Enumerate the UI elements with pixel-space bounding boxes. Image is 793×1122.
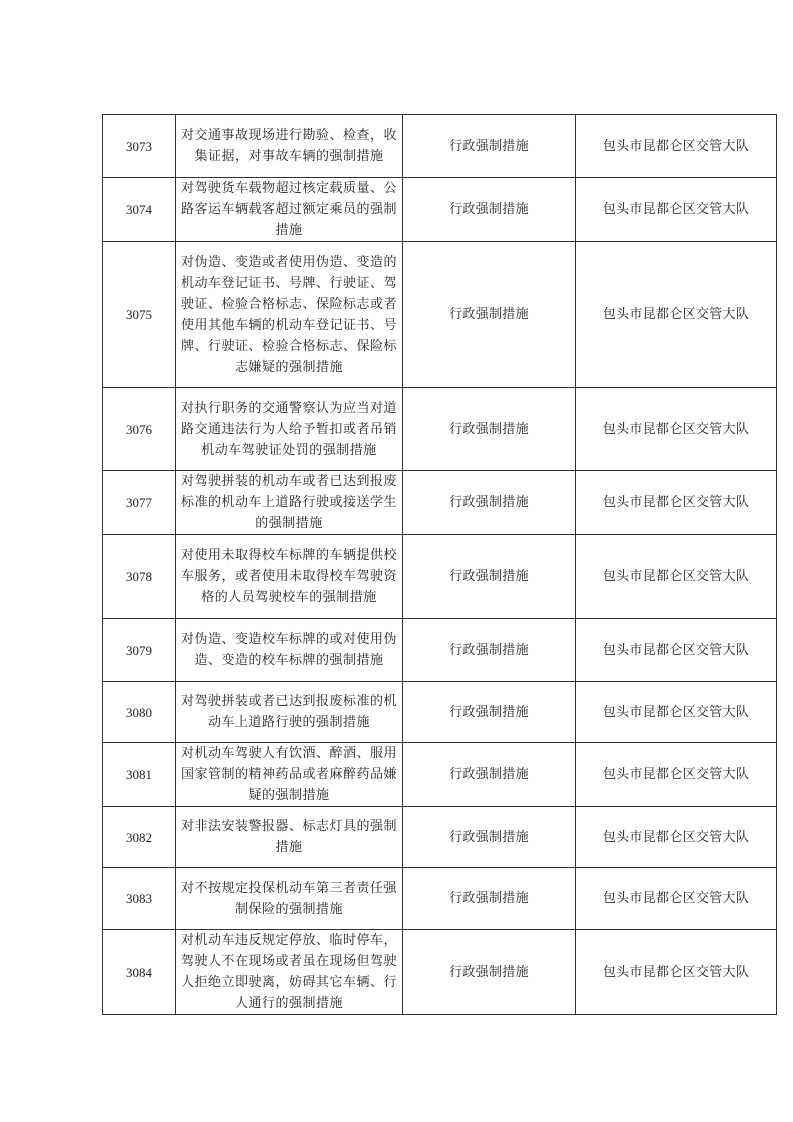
item-description: 对驾驶拼装或者已达到报废标准的机动车上道路行驶的强制措施	[176, 682, 403, 743]
responsible-department: 包头市昆都仑区交管大队	[576, 619, 777, 682]
responsible-department: 包头市昆都仑区交管大队	[576, 743, 777, 807]
item-description: 对伪造、变造或者使用伪造、变造的机动车登记证书、号牌、行驶证、驾驶证、检验合格标…	[176, 242, 403, 388]
document-page: 3073 对交通事故现场进行勘验、检查，收集证据，对事故车辆的强制措施 行政强制…	[0, 0, 793, 1122]
item-number: 3081	[103, 743, 176, 807]
item-description: 对不按规定投保机动车第三者责任强制保险的强制措施	[176, 868, 403, 930]
table-row: 3078 对使用未取得校车标牌的车辆提供校车服务，或者使用未取得校车驾驶资格的人…	[103, 535, 777, 619]
table-row: 3084 对机动车违反规定停放、临时停车，驾驶人不在现场或者虽在现场但驾驶人拒绝…	[103, 930, 777, 1015]
measure-type: 行政强制措施	[403, 535, 576, 619]
responsible-department: 包头市昆都仑区交管大队	[576, 682, 777, 743]
measure-type: 行政强制措施	[403, 178, 576, 242]
table-row: 3073 对交通事故现场进行勘验、检查，收集证据，对事故车辆的强制措施 行政强制…	[103, 115, 777, 178]
measure-type: 行政强制措施	[403, 930, 576, 1015]
item-description: 对使用未取得校车标牌的车辆提供校车服务，或者使用未取得校车驾驶资格的人员驾驶校车…	[176, 535, 403, 619]
table-row: 3074 对驾驶货车载物超过核定载质量、公路客运车辆载客超过额定乘员的强制措施 …	[103, 178, 777, 242]
item-number: 3074	[103, 178, 176, 242]
responsible-department: 包头市昆都仑区交管大队	[576, 178, 777, 242]
table-row: 3083 对不按规定投保机动车第三者责任强制保险的强制措施 行政强制措施 包头市…	[103, 868, 777, 930]
measure-type: 行政强制措施	[403, 868, 576, 930]
item-number: 3080	[103, 682, 176, 743]
item-number: 3078	[103, 535, 176, 619]
item-number: 3082	[103, 807, 176, 868]
item-number: 3079	[103, 619, 176, 682]
responsible-department: 包头市昆都仑区交管大队	[576, 242, 777, 388]
item-number: 3083	[103, 868, 176, 930]
table-row: 3077 对驾驶拼装的机动车或者已达到报废标准的机动车上道路行驶或接送学生的强制…	[103, 471, 777, 535]
item-description: 对机动车违反规定停放、临时停车，驾驶人不在现场或者虽在现场但驾驶人拒绝立即驶离，…	[176, 930, 403, 1015]
measure-type: 行政强制措施	[403, 807, 576, 868]
item-number: 3076	[103, 388, 176, 471]
measure-type: 行政强制措施	[403, 242, 576, 388]
table-body: 3073 对交通事故现场进行勘验、检查，收集证据，对事故车辆的强制措施 行政强制…	[103, 115, 777, 1015]
item-description: 对非法安装警报器、标志灯具的强制措施	[176, 807, 403, 868]
item-number: 3075	[103, 242, 176, 388]
item-description: 对交通事故现场进行勘验、检查，收集证据，对事故车辆的强制措施	[176, 115, 403, 178]
responsible-department: 包头市昆都仑区交管大队	[576, 868, 777, 930]
item-number: 3077	[103, 471, 176, 535]
responsible-department: 包头市昆都仑区交管大队	[576, 115, 777, 178]
measure-type: 行政强制措施	[403, 619, 576, 682]
measure-type: 行政强制措施	[403, 743, 576, 807]
table-row: 3076 对执行职务的交通警察认为应当对道路交通违法行为人给予暂扣或者吊销机动车…	[103, 388, 777, 471]
responsible-department: 包头市昆都仑区交管大队	[576, 807, 777, 868]
responsible-department: 包头市昆都仑区交管大队	[576, 535, 777, 619]
measure-type: 行政强制措施	[403, 115, 576, 178]
item-description: 对驾驶货车载物超过核定载质量、公路客运车辆载客超过额定乘员的强制措施	[176, 178, 403, 242]
measure-type: 行政强制措施	[403, 388, 576, 471]
item-description: 对伪造、变造校车标牌的或对使用伪造、变造的校车标牌的强制措施	[176, 619, 403, 682]
responsible-department: 包头市昆都仑区交管大队	[576, 930, 777, 1015]
item-number: 3073	[103, 115, 176, 178]
measure-type: 行政强制措施	[403, 471, 576, 535]
responsible-department: 包头市昆都仑区交管大队	[576, 388, 777, 471]
responsible-department: 包头市昆都仑区交管大队	[576, 471, 777, 535]
item-number: 3084	[103, 930, 176, 1015]
table-row: 3081 对机动车驾驶人有饮酒、醉酒、服用国家管制的精神药品或者麻醉药品嫌疑的强…	[103, 743, 777, 807]
item-description: 对执行职务的交通警察认为应当对道路交通违法行为人给予暂扣或者吊销机动车驾驶证处罚…	[176, 388, 403, 471]
item-description: 对机动车驾驶人有饮酒、醉酒、服用国家管制的精神药品或者麻醉药品嫌疑的强制措施	[176, 743, 403, 807]
table-row: 3075 对伪造、变造或者使用伪造、变造的机动车登记证书、号牌、行驶证、驾驶证、…	[103, 242, 777, 388]
table-row: 3082 对非法安装警报器、标志灯具的强制措施 行政强制措施 包头市昆都仑区交管…	[103, 807, 777, 868]
measure-type: 行政强制措施	[403, 682, 576, 743]
item-description: 对驾驶拼装的机动车或者已达到报废标准的机动车上道路行驶或接送学生的强制措施	[176, 471, 403, 535]
enforcement-measures-table: 3073 对交通事故现场进行勘验、检查，收集证据，对事故车辆的强制措施 行政强制…	[102, 114, 777, 1015]
table-row: 3080 对驾驶拼装或者已达到报废标准的机动车上道路行驶的强制措施 行政强制措施…	[103, 682, 777, 743]
table-row: 3079 对伪造、变造校车标牌的或对使用伪造、变造的校车标牌的强制措施 行政强制…	[103, 619, 777, 682]
